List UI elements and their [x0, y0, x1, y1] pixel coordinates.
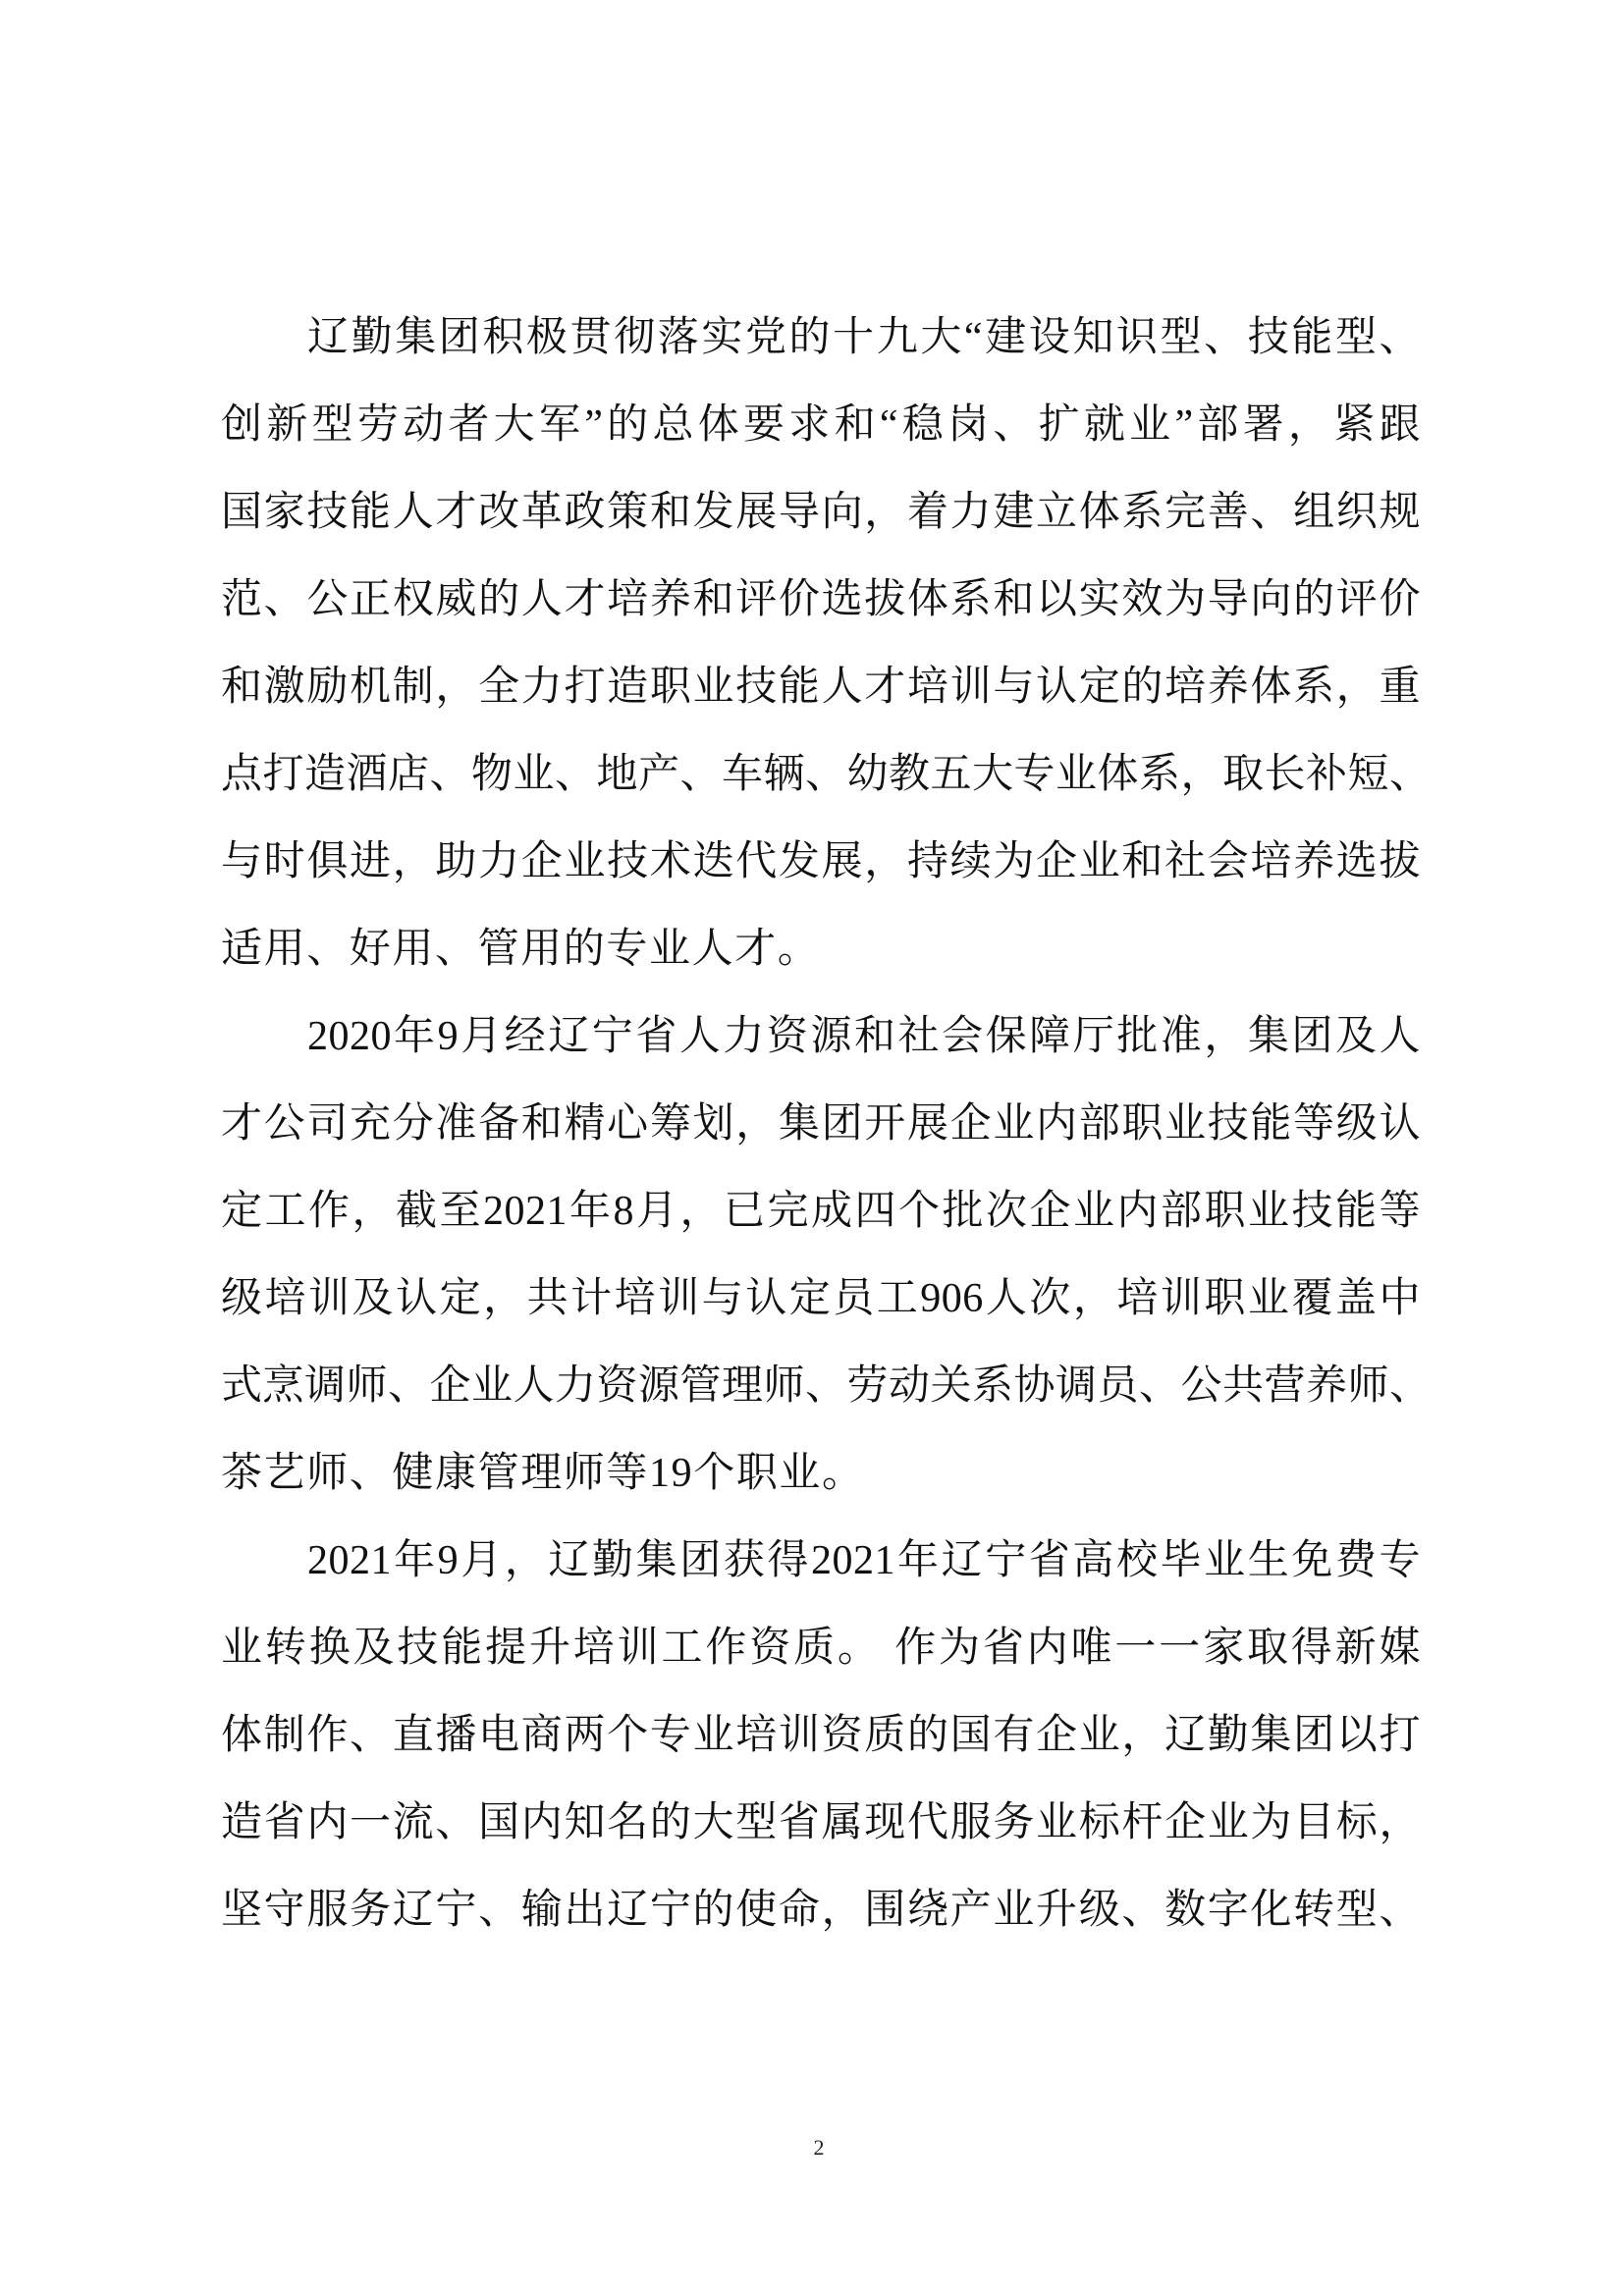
paragraph-line: 造省内一流、国内知名的大型省属现代服务业标杆企业为目标，: [221, 1780, 1421, 1867]
paragraph-line: 式烹调师、企业人力资源管理师、劳动关系协调员、公共营养师、: [221, 1343, 1421, 1430]
paragraph-line: 2021年9月，辽勤集团获得2021年辽宁省高校毕业生免费专: [221, 1518, 1421, 1605]
paragraph-line: 适用、好用、管用的专业人才。: [221, 906, 1421, 993]
paragraph-line: 与时俱进，助力企业技术迭代发展，持续为企业和社会培养选拔: [221, 819, 1421, 906]
body-text: 辽勤集团积极贯彻落实党的十九大“建设知识型、技能型、 创新型劳动者大军”的总体要…: [221, 294, 1421, 1954]
paragraph-line: 才公司充分准备和精心筹划，集团开展企业内部职业技能等级认: [221, 1081, 1421, 1168]
paragraph-line: 级培训及认定，共计培训与认定员工906人次，培训职业覆盖中: [221, 1255, 1421, 1343]
paragraph-line: 点打造酒店、物业、地产、车辆、幼教五大专业体系，取长补短、: [221, 731, 1421, 819]
paragraph-1: 辽勤集团积极贯彻落实党的十九大“建设知识型、技能型、 创新型劳动者大军”的总体要…: [221, 294, 1421, 993]
document-page: 辽勤集团积极贯彻落实党的十九大“建设知识型、技能型、 创新型劳动者大军”的总体要…: [0, 0, 1624, 2296]
paragraph-line: 国家技能人才改革政策和发展导向，着力建立体系完善、组织规: [221, 469, 1421, 557]
paragraph-line: 坚守服务辽宁、输出辽宁的使命，围绕产业升级、数字化转型、: [221, 1867, 1421, 1954]
paragraph-line: 和激励机制，全力打造职业技能人才培训与认定的培养体系，重: [221, 644, 1421, 731]
paragraph-line: 体制作、直播电商两个专业培训资质的国有企业，辽勤集团以打: [221, 1692, 1421, 1780]
paragraph-line: 2020年9月经辽宁省人力资源和社会保障厅批准，集团及人: [221, 993, 1421, 1081]
page-number: 2: [807, 2134, 831, 2162]
paragraph-2: 2020年9月经辽宁省人力资源和社会保障厅批准，集团及人 才公司充分准备和精心筹…: [221, 993, 1421, 1518]
paragraph-line: 业转换及技能提升培训工作资质。 作为省内唯一一家取得新媒: [221, 1605, 1421, 1692]
paragraph-line: 辽勤集团积极贯彻落实党的十九大“建设知识型、技能型、: [221, 294, 1421, 382]
paragraph-line: 定工作，截至2021年8月，已完成四个批次企业内部职业技能等: [221, 1168, 1421, 1255]
paragraph-line: 创新型劳动者大军”的总体要求和“稳岗、扩就业”部署，紧跟: [221, 382, 1421, 469]
paragraph-line: 范、公正权威的人才培养和评价选拔体系和以实效为导向的评价: [221, 557, 1421, 644]
paragraph-3: 2021年9月，辽勤集团获得2021年辽宁省高校毕业生免费专 业转换及技能提升培…: [221, 1518, 1421, 1954]
paragraph-line: 茶艺师、健康管理师等19个职业。: [221, 1430, 1421, 1518]
